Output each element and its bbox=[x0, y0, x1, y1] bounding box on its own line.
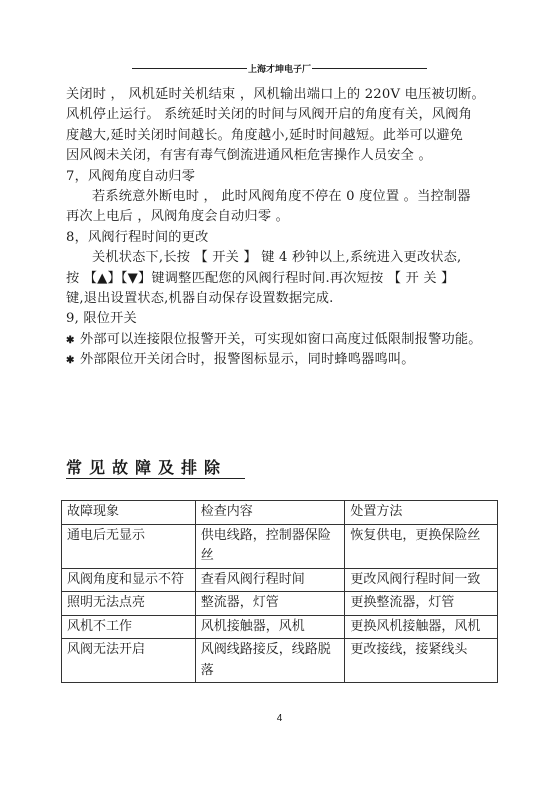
heading-auto-zero: 7，风阀角度自动归零 bbox=[66, 167, 496, 187]
table-row: 风阀无法开启 风阀线路接反，线路脱落 更改接线，接紧线头 bbox=[62, 639, 498, 683]
table-row: 风阀角度和显示不符 查看风阀行程时间 更改风阀行程时间一致 bbox=[62, 568, 498, 592]
table-cell: 更换整流器，灯管 bbox=[345, 592, 498, 616]
body-text: 关闭时 ， 风机延时关机结束 ，风机输出端口上的 220V 电压被切断。 风机停… bbox=[66, 85, 496, 370]
bullet-text: 外部限位开关闭合时，报警图标显示，同时蜂鸣器鸣叫。 bbox=[80, 352, 415, 367]
bullet-text: 外部可以连接限位报警开关，可实现如窗口高度过低限制报警功能。 bbox=[80, 332, 482, 347]
table-row: 通电后无显示 供电线路，控制器保险丝 恢复供电，更换保险丝 bbox=[62, 524, 498, 568]
company-name: 上海才坤电子厂 bbox=[248, 62, 311, 75]
paragraph-line: 关机状态下,长按 【 开关 】 键 4 秒钟以上,系统进入更改状态, bbox=[66, 248, 496, 268]
table-cell: 风阀线路接反，线路脱落 bbox=[195, 639, 345, 683]
heading-limit-switch: 9, 限位开关 bbox=[66, 309, 496, 329]
header-cell: 故障现象 bbox=[62, 501, 196, 525]
table-row: 风机不工作 风机接触器，风机 更换风机接触器，风机 bbox=[62, 615, 498, 639]
table-cell: 供电线路，控制器保险丝 bbox=[195, 524, 345, 568]
paragraph-line: 度越大,延时关闭时间越长。角度越小,延时时间越短。此举可以避免 bbox=[66, 126, 496, 146]
asterisk-bullet-icon: ✱ bbox=[66, 331, 80, 351]
paragraph-line: 再次上电后 ，风阀角度会自动归零 。 bbox=[66, 207, 496, 227]
table-cell: 更换风机接触器，风机 bbox=[345, 615, 498, 639]
table-cell: 恢复供电，更换保险丝 bbox=[345, 524, 498, 568]
table-cell: 整流器，灯管 bbox=[195, 592, 345, 616]
table-cell: 风机不工作 bbox=[62, 615, 196, 639]
table-cell: 查看风阀行程时间 bbox=[195, 568, 345, 592]
paragraph-line: 风机停止运行。 系统延时关闭的时间与风阀开启的角度有关，风阀角 bbox=[66, 105, 496, 125]
section-title: 常见故障及排除 bbox=[66, 458, 245, 479]
bullet-item: ✱外部可以连接限位报警开关，可实现如窗口高度过低限制报警功能。 bbox=[66, 330, 496, 350]
asterisk-bullet-icon: ✱ bbox=[66, 351, 80, 371]
table-cell: 风阀角度和显示不符 bbox=[62, 568, 196, 592]
page-number: 4 bbox=[0, 713, 559, 724]
table-cell: 照明无法点亮 bbox=[62, 592, 196, 616]
table-cell: 通电后无显示 bbox=[62, 524, 196, 568]
header-cell: 处置方法 bbox=[345, 501, 498, 525]
header-rule-left bbox=[132, 68, 247, 69]
page-header: 上海才坤电子厂 bbox=[0, 62, 559, 75]
paragraph-line: 若系统意外断电时 ， 此时风阀角度不停在 0 度位置 。当控制器 bbox=[66, 187, 496, 207]
troubleshooting-table: 故障现象 检查内容 处置方法 通电后无显示 供电线路，控制器保险丝 恢复供电，更… bbox=[61, 500, 498, 683]
table-cell: 风机接触器，风机 bbox=[195, 615, 345, 639]
header-cell: 检查内容 bbox=[195, 501, 345, 525]
paragraph-line: 因风阀未关闭，有害有毒气倒流进通风柜危害操作人员安全 。 bbox=[66, 146, 496, 166]
header-rule-right bbox=[312, 68, 427, 69]
paragraph-line: 关闭时 ， 风机延时关机结束 ，风机输出端口上的 220V 电压被切断。 bbox=[66, 85, 496, 105]
paragraph-line: 键,退出设置状态,机器自动保存设置数据完成. bbox=[66, 289, 496, 309]
table-cell: 更改风阀行程时间一致 bbox=[345, 568, 498, 592]
table-cell: 风阀无法开启 bbox=[62, 639, 196, 683]
heading-travel-time: 8，风阀行程时间的更改 bbox=[66, 228, 496, 248]
bullet-item: ✱外部限位开关闭合时，报警图标显示，同时蜂鸣器鸣叫。 bbox=[66, 350, 496, 370]
paragraph-line: 按 【▲】【▼】键调整匹配您的风阀行程时间.再次短按 【 开 关 】 bbox=[66, 269, 496, 289]
table-cell: 更改接线，接紧线头 bbox=[345, 639, 498, 683]
table-row: 照明无法点亮 整流器，灯管 更换整流器，灯管 bbox=[62, 592, 498, 616]
table-header-row: 故障现象 检查内容 处置方法 bbox=[62, 501, 498, 525]
